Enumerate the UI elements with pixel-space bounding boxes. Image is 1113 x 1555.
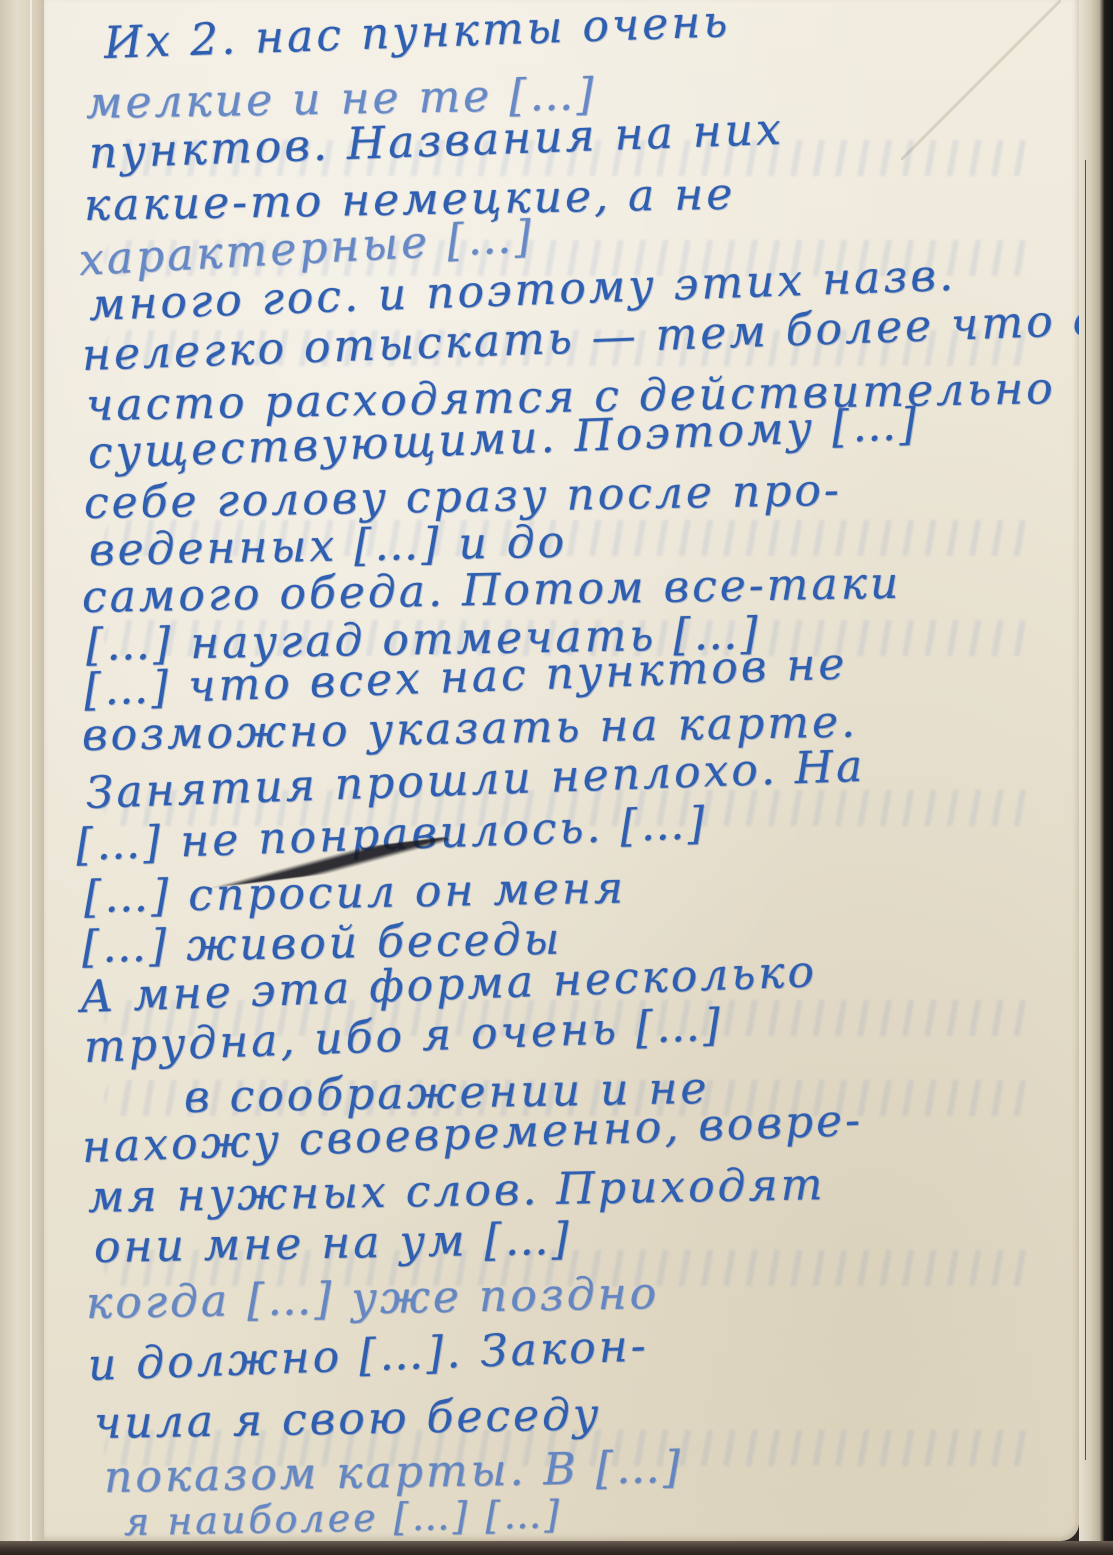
text-line: я наиболее […] […] — [124, 1492, 563, 1544]
paper-page: Их 2. нас пункты очень мелкие и не те […… — [44, 0, 1079, 1541]
notebook-binding — [0, 0, 45, 1555]
page-stack-edge — [1079, 0, 1113, 1555]
text-line: и должно […]. Закон- — [87, 1320, 649, 1391]
text-line: Их 2. нас пункты очень — [103, 0, 731, 69]
text-line: когда […] уже поздно — [86, 1268, 660, 1329]
page-fold-crease — [901, 0, 1061, 160]
notebook-bottom-edge — [0, 1541, 1113, 1555]
scanned-notebook-page: Их 2. нас пункты очень мелкие и не те […… — [0, 0, 1113, 1555]
text-line: они мне на ум […] — [94, 1214, 573, 1273]
text-line: показом карты. В […] — [104, 1442, 684, 1503]
text-line: чила я свою беседу — [94, 1389, 602, 1449]
